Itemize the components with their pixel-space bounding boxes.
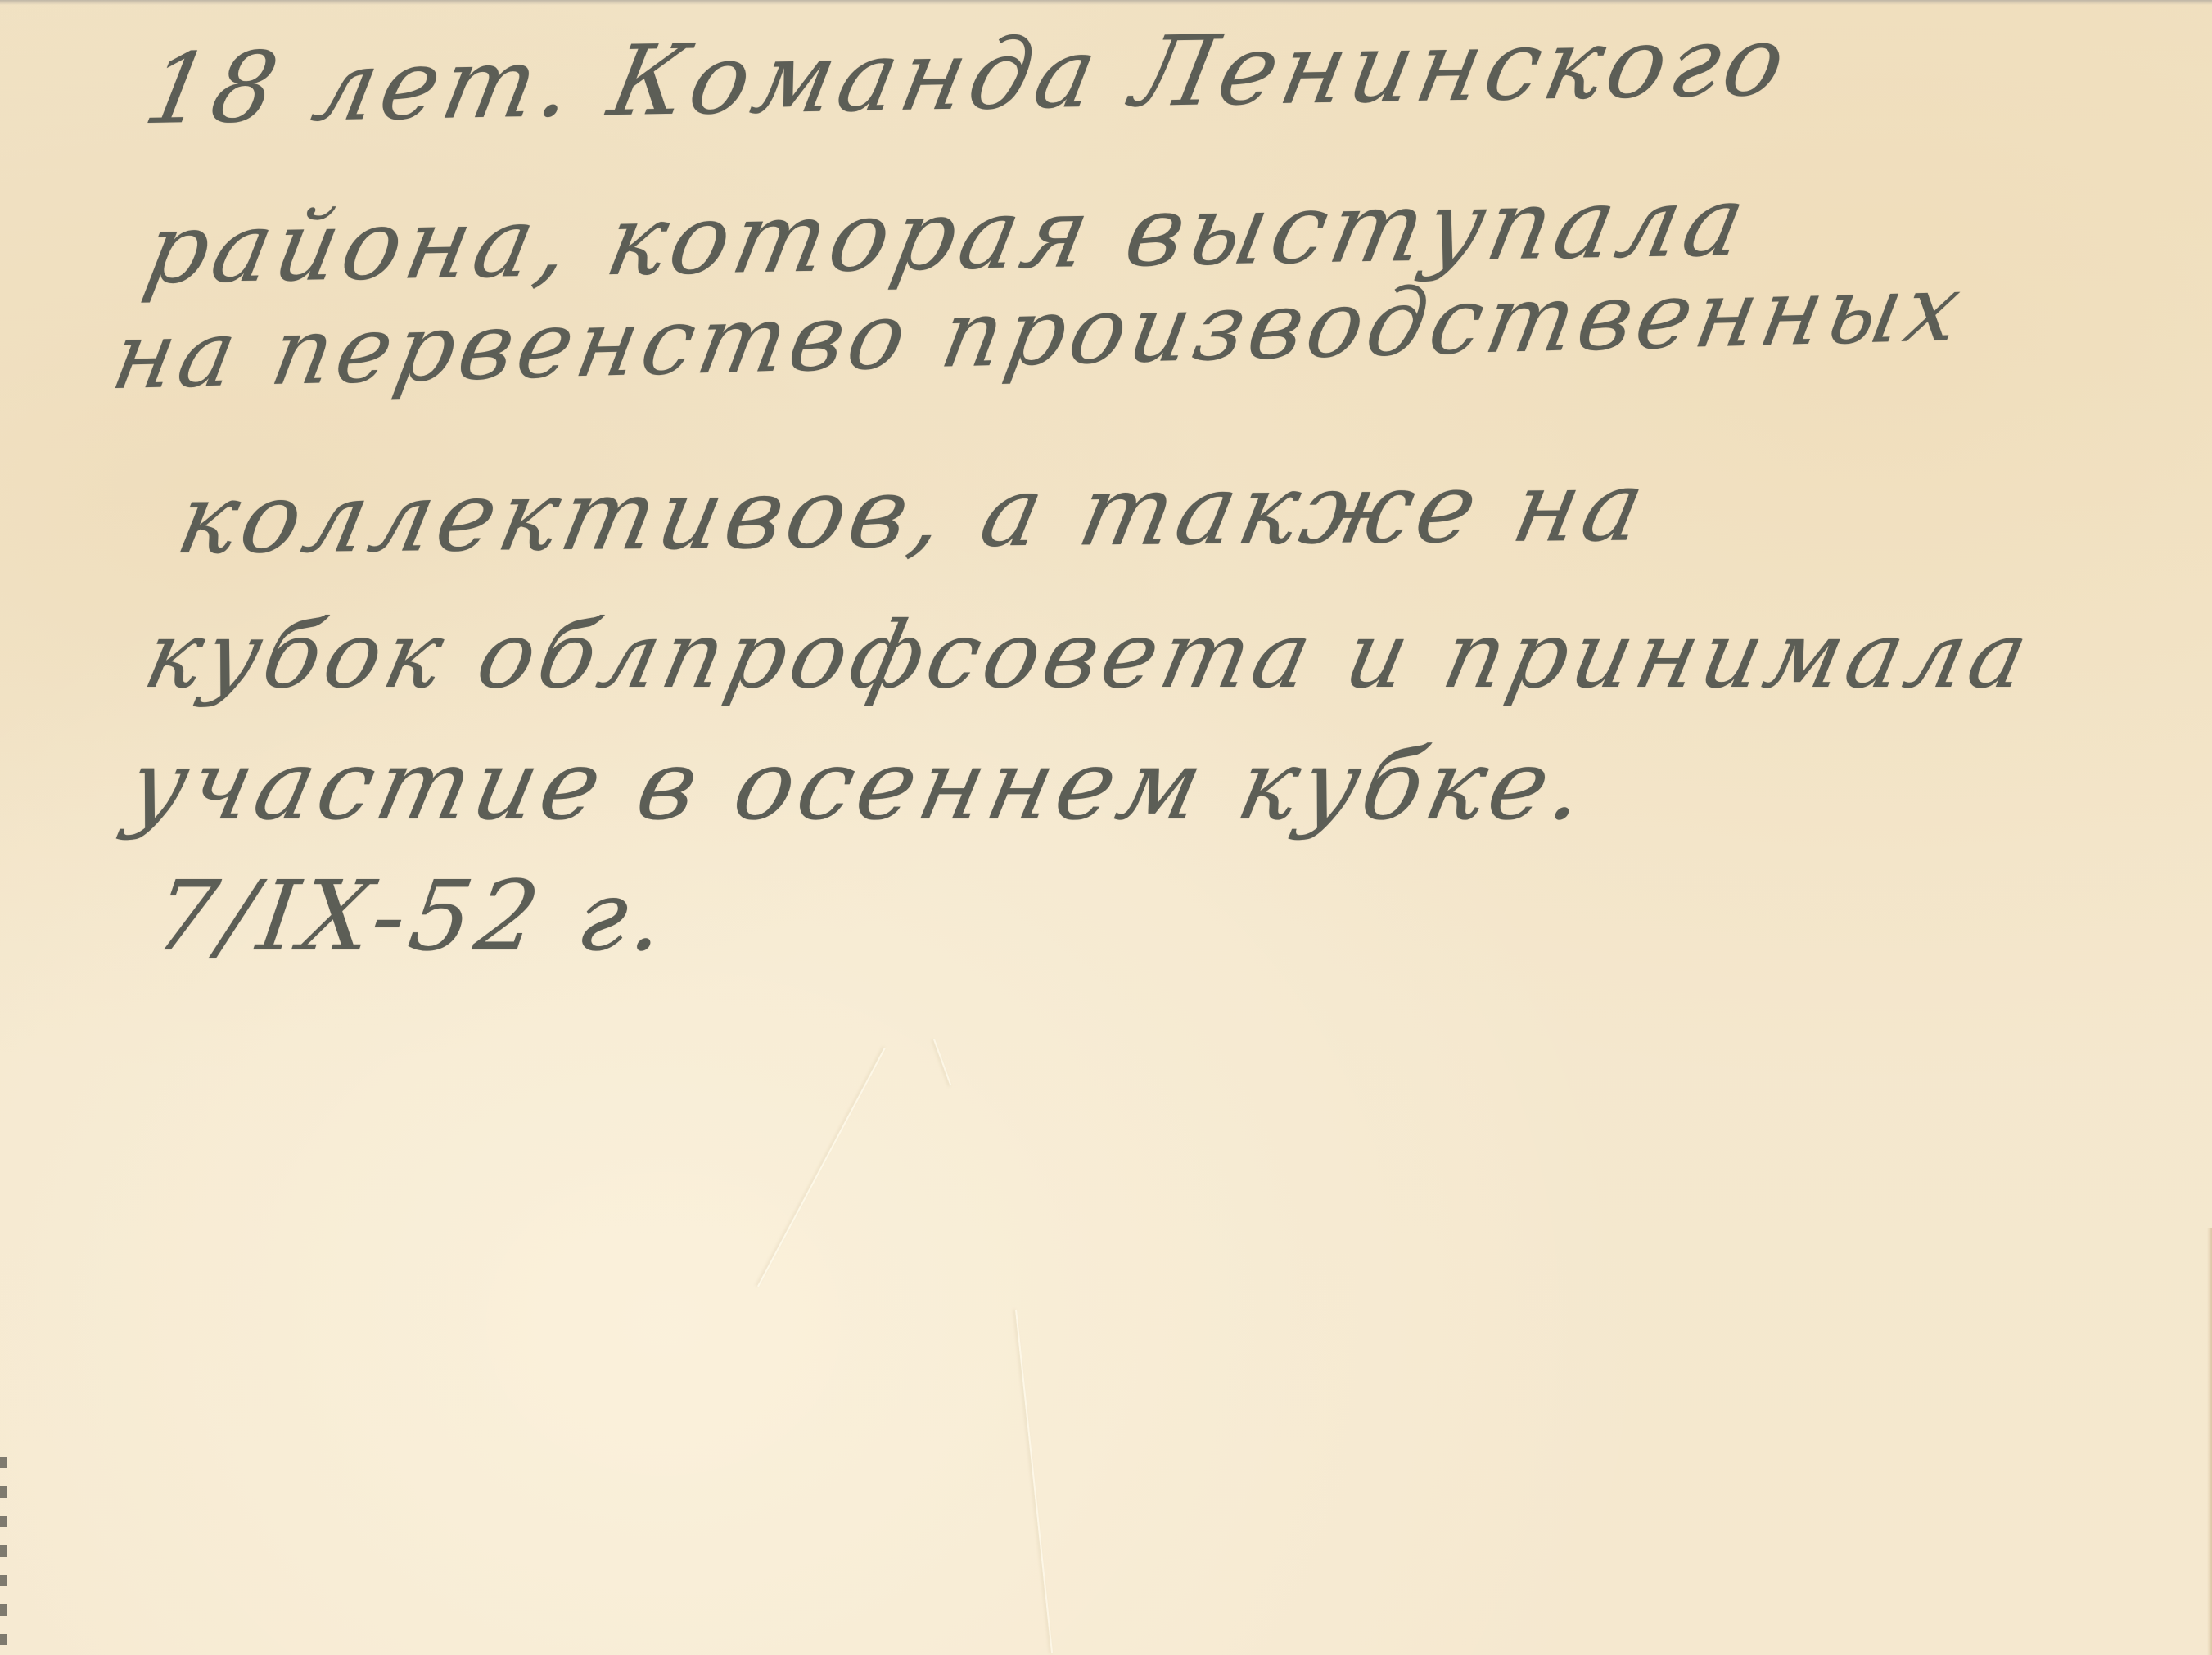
inscription-line-4: коллективов, а также на (170, 458, 1656, 567)
inscription-date: 7/IX-52 г. (149, 868, 675, 964)
inscription-line-1: 18 лет. Команда Ленинского (138, 12, 1797, 138)
inscription-line-6: участие в осеннем кубке. (120, 737, 1598, 833)
handwritten-inscription: 18 лет. Команда Ленинского района, котор… (0, 0, 2212, 1655)
photo-back-paper: 18 лет. Команда Ленинского района, котор… (0, 0, 2212, 1655)
inscription-line-5: кубок облпрофсовета и принимала (138, 610, 2039, 701)
